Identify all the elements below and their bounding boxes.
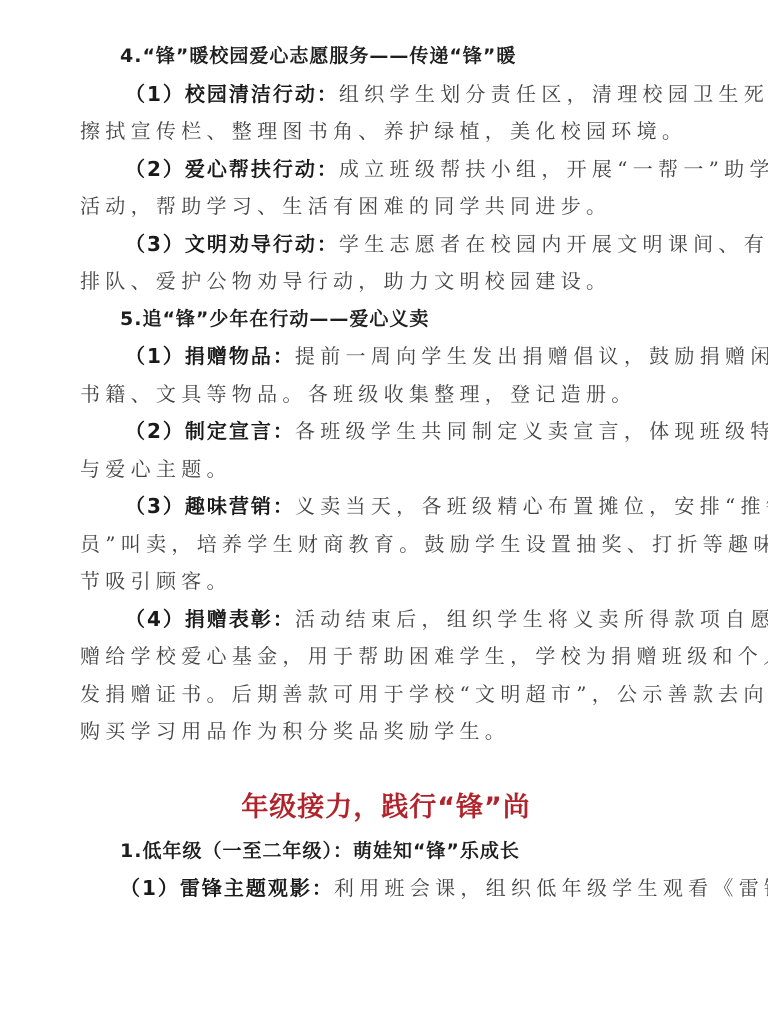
document-page: 4.“锋”暖校园爱心志愿服务——传递“锋”暖 （1）校园清洁行动：组织学生划分责… [80,38,692,908]
section-4-item-2: （2）爱心帮扶行动：成立班级帮扶小组，开展“一帮一”助学 活动，帮助学习、生活有… [80,151,692,226]
item-text: 学生志愿者在校园内开展文明课间、有序 [339,232,768,256]
section-5-item-2: （2）制定宣言：各班级学生共同制定义卖宣言，体现班级特色 与爱心主题。 [80,413,692,488]
item-text-continued: 活动，帮助学习、生活有困难的同学共同进步。 [80,188,692,226]
item-lead: （3）文明劝导行动： [125,232,339,256]
item-lead: （1）校园清洁行动： [125,82,339,106]
section-4-heading: 4.“锋”暖校园爱心志愿服务——传递“锋”暖 [80,38,692,76]
item-lead: （2）爱心帮扶行动： [125,157,339,181]
section-4-item-1: （1）校园清洁行动：组织学生划分责任区，清理校园卫生死角、 擦拭宣传栏、整理图书… [80,76,692,151]
item-text: 义卖当天，各班级精心布置摊位，安排“推销 [295,494,768,518]
section-5-item-4: （4）捐赠表彰：活动结束后，组织学生将义卖所得款项自愿捐 赠给学校爱心基金，用于… [80,601,692,751]
section-5-item-1: （1）捐赠物品：提前一周向学生发出捐赠倡议，鼓励捐赠闲置 书籍、文具等物品。各班… [80,338,692,413]
item-text: 成立班级帮扶小组，开展“一帮一”助学 [339,157,768,181]
item-text-continued: 排队、爱护公物劝导行动，助力文明校园建设。 [80,263,692,301]
item-text: 活动结束后，组织学生将义卖所得款项自愿捐 [295,607,768,631]
section-4-item-3: （3）文明劝导行动：学生志愿者在校园内开展文明课间、有序 排队、爱护公物劝导行动… [80,226,692,301]
grade-subheading: 1.低年级（一至二年级）：萌娃知“锋”乐成长 [80,833,692,871]
item-text-continued: 节吸引顾客。 [80,563,692,601]
item-lead: （3）趣味营销： [125,494,295,518]
section-5-item-3: （3）趣味营销：义卖当天，各班级精心布置摊位，安排“推销 员”叫卖，培养学生财商… [80,488,692,601]
item-text: 利用班会课，组织低年级学生观看《雷锋》 [334,876,768,900]
grade-item-1: （1）雷锋主题观影：利用班会课，组织低年级学生观看《雷锋》 [80,870,692,908]
section-5-heading: 5.追“锋”少年在行动——爱心义卖 [80,301,692,339]
item-text-continued: 与爱心主题。 [80,451,692,489]
item-text-continued: 购买学习用品作为积分奖品奖励学生。 [80,713,692,751]
item-text: 各班级学生共同制定义卖宣言，体现班级特色 [295,419,768,443]
item-text-continued: 发捐赠证书。后期善款可用于学校“文明超市”，公示善款去向，并 [80,676,692,714]
item-text-continued: 员”叫卖，培养学生财商教育。鼓励学生设置抽奖、打折等趣味环 [80,526,692,564]
item-text: 组织学生划分责任区，清理校园卫生死角、 [339,82,768,106]
item-text-continued: 擦拭宣传栏、整理图书角、养护绿植，美化校园环境。 [80,113,692,151]
item-lead: （1）雷锋主题观影： [120,876,334,900]
item-lead: （1）捐赠物品： [125,344,295,368]
item-text-continued: 书籍、文具等物品。各班级收集整理，登记造册。 [80,376,692,414]
section-title: 年级接力，践行“锋”尚 [80,783,692,833]
item-text-continued: 赠给学校爱心基金，用于帮助困难学生，学校为捐赠班级和个人颁 [80,638,692,676]
item-lead: （4）捐赠表彰： [125,607,295,631]
item-lead: （2）制定宣言： [125,419,295,443]
item-text: 提前一周向学生发出捐赠倡议，鼓励捐赠闲置 [295,344,768,368]
